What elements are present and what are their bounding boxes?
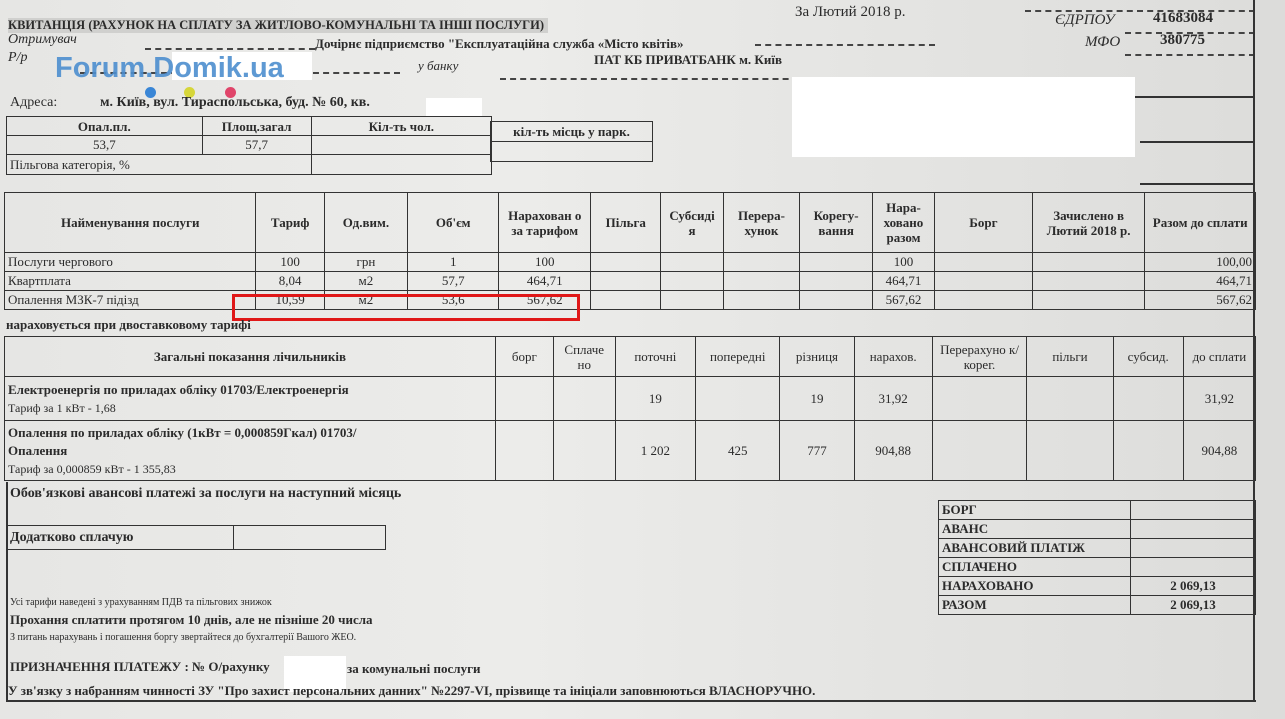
parking-table: кіл-ть місць у парк. — [490, 121, 653, 162]
payment-purpose-prefix: ПРИЗНАЧЕННЯ ПЛАТЕЖУ : № О/рахунку — [10, 659, 270, 675]
col-recalc: Перера- хунок — [723, 193, 800, 253]
col-tariff: Тариф — [256, 193, 324, 253]
services-table: Найменування послуги Тариф Од.вим. Об'єм… — [4, 192, 1256, 310]
meter-tariff: Тариф за 0,000859 кВт - 1 355,83 — [8, 460, 492, 478]
two-rate-note: нараховується при двоставковому тарифі — [6, 317, 251, 333]
grand-total: 2 069,13 — [1131, 596, 1256, 615]
col-charged-tariff: Нарахован о за тарифом — [499, 193, 591, 253]
col-heated-area: Опал.пл. — [7, 117, 203, 136]
col-parking: кіл-ть місць у парк. — [491, 122, 653, 142]
meter-name: Опалення по приладах обліку (1кВт = 0,00… — [8, 424, 408, 460]
extra-payment-label: Додатково сплачую — [7, 526, 234, 550]
col-total-area: Площ.загал — [202, 117, 311, 136]
col-charged: нарахов. — [854, 337, 932, 377]
privacy-note: У зв'язку з набранням чинності ЗУ "Про з… — [8, 683, 815, 699]
billing-period: За Лютий 2018 р. — [795, 4, 905, 21]
payment-deadline-note: Прохання сплатити протягом 10 днів, але … — [10, 612, 373, 628]
bank-label: у банку — [418, 58, 458, 74]
table-row: Електроенергія по приладах обліку 01703/… — [5, 377, 1256, 421]
extra-payment-table: Додатково сплачую — [6, 525, 386, 550]
meter-name: Електроенергія по приладах обліку 01703/… — [8, 381, 492, 399]
total-area-value: 57,7 — [202, 136, 311, 155]
col-correction: Корегу- вання — [800, 193, 873, 253]
forum-domik-watermark: Forum.Domik.ua — [55, 52, 284, 85]
col-to-pay: до сплати — [1183, 337, 1255, 377]
col-recalc-corr: Перерахуно к/ корег. — [932, 337, 1027, 377]
receipt-document: КВИТАНЦІЯ (РАХУНОК НА СПЛАТУ ЗА ЖИТЛОВО-… — [0, 0, 1285, 719]
receipt-title: КВИТАНЦІЯ (РАХУНОК НА СПЛАТУ ЗА ЖИТЛОВО-… — [8, 18, 548, 33]
meter-tariff: Тариф за 1 кВт - 1,68 — [8, 399, 492, 417]
mfo-value: 380775 — [1160, 32, 1205, 49]
col-subsidy: субсид. — [1113, 337, 1183, 377]
advance-title: Обов'язкові авансові платежі за послуги … — [10, 486, 401, 502]
col-credited: Зачислено в Лютий 2018 р. — [1032, 193, 1145, 253]
parking-value — [491, 142, 653, 162]
col-charged-total: Нара- ховано разом — [872, 193, 934, 253]
summary-row: РАЗОМ2 069,13 — [939, 596, 1256, 615]
col-subsidy: Субсиді я — [661, 193, 723, 253]
edrpou-label: ЄДРПОУ — [1055, 12, 1115, 29]
col-difference: різниця — [780, 337, 854, 377]
payment-purpose-suffix: за комунальні послуги — [347, 661, 480, 677]
col-meter-debt: борг — [495, 337, 553, 377]
summary-table: БОРГ АВАНС АВАНСОВИЙ ПЛАТІЖ СПЛАЧЕНО НАР… — [938, 500, 1256, 615]
redacted-apartment — [426, 98, 482, 116]
col-meter-name: Загальні показання лічильників — [5, 337, 496, 377]
summary-row: НАРАХОВАНО2 069,13 — [939, 577, 1256, 596]
summary-row: СПЛАЧЕНО — [939, 558, 1256, 577]
area-table: Опал.пл. Площ.загал Кіл-ть чол. 53,7 57,… — [6, 116, 492, 175]
col-previous: попередні — [696, 337, 780, 377]
vat-note: Усі тарифи наведені з урахуванням ПДВ та… — [10, 597, 272, 608]
account-label: Р/р — [8, 50, 27, 66]
residents-value — [311, 136, 491, 155]
mfo-label: МФО — [1085, 34, 1120, 51]
recipient-value: Дочірнє підприємство "Експлуатаційна слу… — [315, 36, 683, 52]
address-value: м. Київ, вул. Тираспольська, буд. № 60, … — [100, 95, 370, 111]
edrpou-value: 41683084 — [1153, 10, 1213, 27]
recipient-label: Отримувач — [8, 32, 77, 48]
table-row: Послуги чергового 100 грн 1 100 100 100,… — [5, 253, 1256, 272]
col-benefits: пільги — [1027, 337, 1113, 377]
col-unit: Од.вим. — [324, 193, 407, 253]
meters-table: Загальні показання лічильників борг Спла… — [4, 336, 1256, 481]
col-debt: Борг — [935, 193, 1033, 253]
table-row: Опалення МЗК-7 підізд 10,59 м2 53,6 567,… — [5, 291, 1256, 310]
contact-note: З питань нарахувань і погашення боргу зв… — [10, 632, 356, 643]
redacted-block — [792, 77, 1135, 157]
address-label: Адреса: — [10, 95, 57, 111]
col-benefit: Пільга — [591, 193, 661, 253]
table-row: Опалення по приладах обліку (1кВт = 0,00… — [5, 421, 1256, 481]
summary-row: БОРГ — [939, 501, 1256, 520]
summary-row: АВАНС — [939, 520, 1256, 539]
col-service-name: Найменування послуги — [5, 193, 256, 253]
col-volume: Об'єм — [407, 193, 499, 253]
summary-row: АВАНСОВИЙ ПЛАТІЖ — [939, 539, 1256, 558]
col-current: поточні — [615, 337, 695, 377]
col-residents: Кіл-ть чол. — [311, 117, 491, 136]
charged-total: 2 069,13 — [1131, 577, 1256, 596]
table-row: Квартплата 8,04 м2 57,7 464,71 464,71 46… — [5, 272, 1256, 291]
bank-value: ПАТ КБ ПРИВАТБАНК м. Київ — [594, 52, 782, 68]
col-total-to-pay: Разом до сплати — [1145, 193, 1256, 253]
benefit-category-label: Пільгова категорія, % — [7, 155, 312, 175]
heated-area-value: 53,7 — [7, 136, 203, 155]
extra-payment-field[interactable] — [234, 526, 386, 550]
highlight-box — [232, 294, 580, 321]
col-meter-paid: Сплаче но — [553, 337, 615, 377]
